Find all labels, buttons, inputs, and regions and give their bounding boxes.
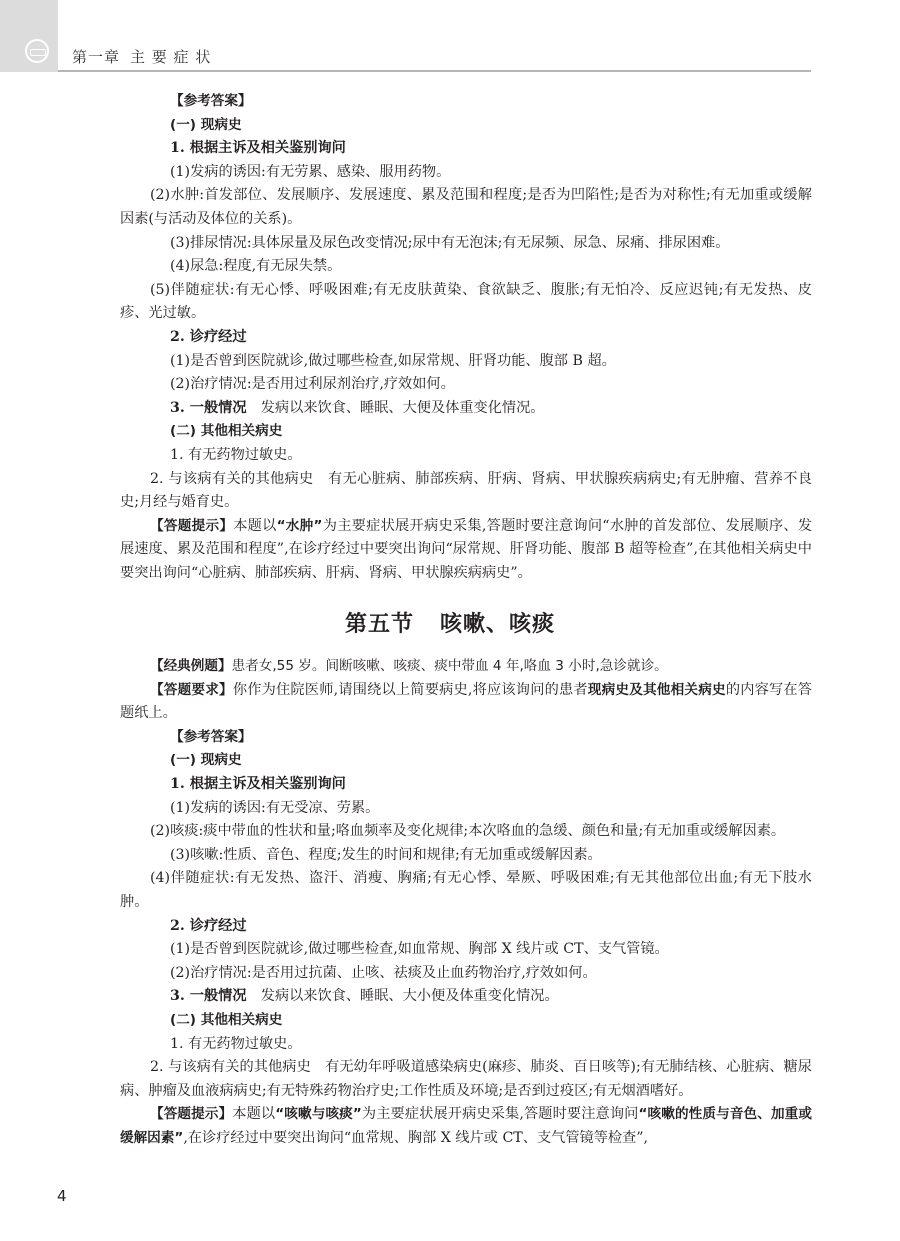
chapter-title: 主 要 症 状 bbox=[130, 48, 211, 66]
item-heading: 2. 诊疗经过 bbox=[140, 326, 812, 350]
publisher-logo-icon bbox=[25, 39, 49, 63]
answer-tip: 【答题提示】本题以“咳嗽与咳痰”为主要症状展开病史采集,答题时要注意询问“咳嗽的… bbox=[120, 1103, 812, 1150]
list-item: (2)咳痰:痰中带血的性状和量;咯血频率及变化规律;本次咯血的急缓、颜色和量;有… bbox=[120, 820, 812, 844]
subsection-heading: (二) 其他相关病史 bbox=[140, 1009, 812, 1033]
page-body: 【参考答案】 (一) 现病史 1. 根据主诉及相关鉴别询问 (1)发病的诱因:有… bbox=[140, 90, 812, 585]
example-text: 患者女,55 岁。间断咳嗽、咳痰、痰中带血 4 年,咯血 3 小时,急诊就诊。 bbox=[232, 658, 668, 674]
subsection-heading: (一) 现病史 bbox=[140, 749, 812, 773]
example-label: 【经典例题】 bbox=[150, 658, 232, 674]
list-item: (1)是否曾到医院就诊,做过哪些检查,如血常规、胸部 X 线片或 CT、支气管镜… bbox=[140, 938, 812, 962]
list-item: 1. 有无药物过敏史。 bbox=[140, 1033, 812, 1057]
item-heading: 3. 一般情况 bbox=[170, 988, 247, 1004]
list-item: (5)伴随症状:有无心悸、呼吸困难;有无皮肤黄染、食欲缺乏、腹胀;有无怕冷、反应… bbox=[120, 279, 812, 326]
header-rule bbox=[58, 70, 811, 72]
general-condition: 3. 一般情况 发病以来饮食、睡眠、大小便及体重变化情况。 bbox=[140, 985, 812, 1009]
answer-tip: 【答题提示】本题以“水肿”为主要症状展开病史采集,答题时要注意询问“水肿的首发部… bbox=[120, 515, 812, 586]
chapter-side-tab bbox=[0, 0, 58, 72]
list-item: (2)水肿:首发部位、发展顺序、发展速度、累及范围和程度;是否为凹陷性;是否为对… bbox=[120, 184, 812, 231]
tip-text: 本题以 bbox=[232, 1106, 275, 1122]
list-item: (1)是否曾到医院就诊,做过哪些检查,如尿常规、肝肾功能、腹部 B 超。 bbox=[140, 350, 812, 374]
tip-text: ,在诊疗经过中要突出询问“血常规、胸部 X 线片或 CT、支气管镜等检查”, bbox=[183, 1130, 648, 1146]
item-text: 发病以来饮食、睡眠、大便及体重变化情况。 bbox=[261, 400, 545, 416]
running-head: 第一章主 要 症 状 bbox=[72, 46, 211, 67]
tip-label: 【答题提示】 bbox=[150, 1106, 232, 1122]
section-title: 第五节咳嗽、咳痰 bbox=[0, 607, 900, 638]
item-heading: 1. 根据主诉及相关鉴别询问 bbox=[140, 773, 812, 797]
subsection-heading: (一) 现病史 bbox=[140, 114, 812, 138]
requirement-text: 你作为住院医师,请围绕以上简要病史,将应该询问的患者 bbox=[233, 682, 588, 698]
section-name: 咳嗽、咳痰 bbox=[440, 611, 555, 637]
tip-text: 为主要症状展开病史采集,答题时要注意询问 bbox=[362, 1106, 639, 1122]
tip-keyword: “水肿” bbox=[277, 518, 323, 534]
list-item: (4)伴随症状:有无发热、盗汗、消瘦、胸痛;有无心悸、晕厥、呼吸困难;有无其他部… bbox=[120, 867, 812, 914]
requirement-label: 【答题要求】 bbox=[150, 682, 233, 698]
tip-label: 【答题提示】 bbox=[150, 518, 233, 534]
answer-label: 【参考答案】 bbox=[140, 90, 812, 114]
list-item: 2. 与该病有关的其他病史 有无心脏病、肺部疾病、肝病、肾病、甲状腺疾病病史;有… bbox=[120, 468, 812, 515]
item-text: 发病以来饮食、睡眠、大小便及体重变化情况。 bbox=[261, 988, 559, 1004]
general-condition: 3. 一般情况 发病以来饮食、睡眠、大便及体重变化情况。 bbox=[140, 397, 812, 421]
tip-text: 本题以 bbox=[233, 518, 276, 534]
section-body: 【经典例题】患者女,55 岁。间断咳嗽、咳痰、痰中带血 4 年,咯血 3 小时,… bbox=[140, 655, 812, 1150]
tip-keyword: “咳嗽与咳痰” bbox=[275, 1106, 362, 1122]
item-heading: 2. 诊疗经过 bbox=[140, 915, 812, 939]
classic-example: 【经典例题】患者女,55 岁。间断咳嗽、咳痰、痰中带血 4 年,咯血 3 小时,… bbox=[120, 655, 812, 679]
subsection-heading: (二) 其他相关病史 bbox=[140, 420, 812, 444]
list-item: (2)治疗情况:是否用过抗菌、止咳、祛痰及止血药物治疗,疗效如何。 bbox=[140, 962, 812, 986]
item-heading: 1. 根据主诉及相关鉴别询问 bbox=[140, 137, 812, 161]
item-heading: 3. 一般情况 bbox=[170, 400, 247, 416]
list-item: 1. 有无药物过敏史。 bbox=[140, 444, 812, 468]
list-item: (3)排尿情况:具体尿量及尿色改变情况;尿中有无泡沫;有无尿频、尿急、尿痛、排尿… bbox=[140, 232, 812, 256]
list-item: 2. 与该病有关的其他病史 有无幼年呼吸道感染病史(麻疹、肺炎、百日咳等);有无… bbox=[120, 1056, 812, 1103]
section-number: 第五节 bbox=[345, 611, 414, 637]
list-item: (2)治疗情况:是否用过利尿剂治疗,疗效如何。 bbox=[140, 373, 812, 397]
page-number: 4 bbox=[57, 1187, 67, 1205]
list-item: (4)尿急:程度,有无尿失禁。 bbox=[140, 255, 812, 279]
list-item: (1)发病的诱因:有无受凉、劳累。 bbox=[140, 797, 812, 821]
requirement-emphasis: 现病史及其他相关病史 bbox=[588, 682, 726, 698]
answer-label: 【参考答案】 bbox=[140, 726, 812, 750]
chapter-number: 第一章 bbox=[72, 48, 120, 66]
list-item: (3)咳嗽:性质、音色、程度;发生的时间和规律;有无加重或缓解因素。 bbox=[140, 844, 812, 868]
answer-requirement: 【答题要求】你作为住院医师,请围绕以上简要病史,将应该询问的患者现病史及其他相关… bbox=[120, 679, 812, 726]
list-item: (1)发病的诱因:有无劳累、感染、服用药物。 bbox=[140, 161, 812, 185]
